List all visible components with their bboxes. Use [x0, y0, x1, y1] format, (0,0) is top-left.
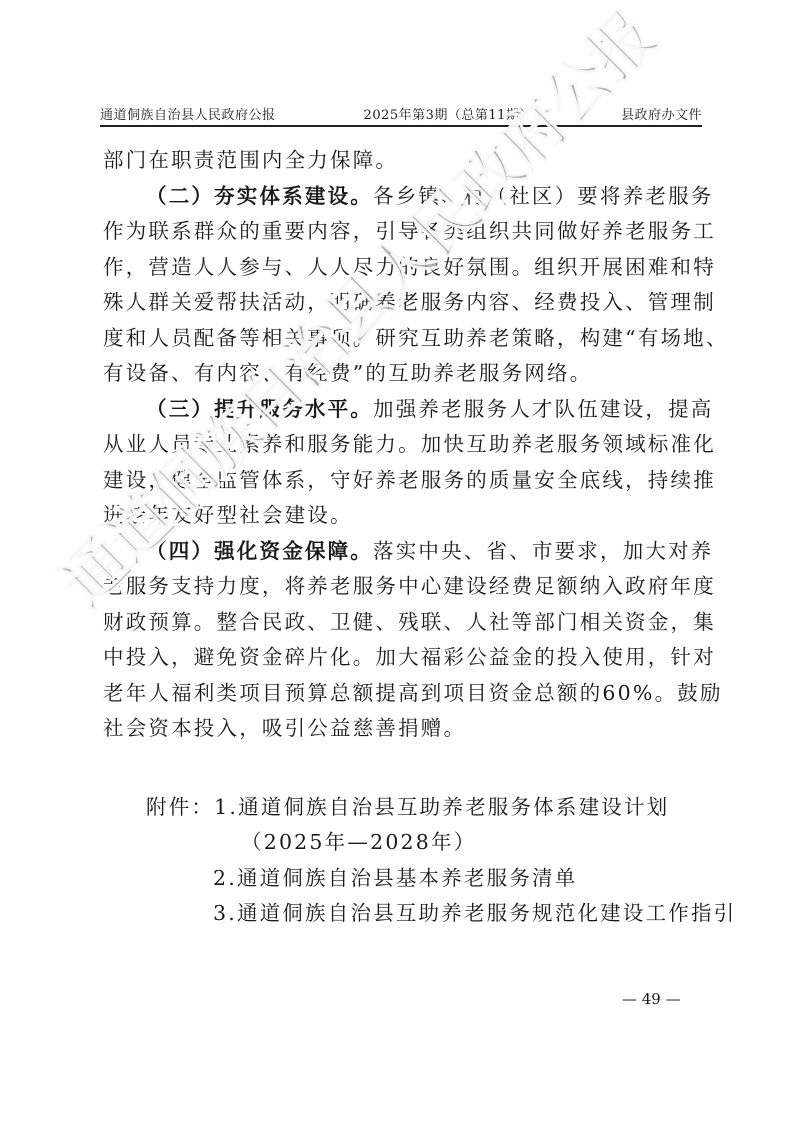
paragraph-line: 中投入，避免资金碎片化。加大福彩公益金的投入使用，针对: [103, 640, 703, 676]
page-number: — 49 —: [622, 990, 681, 1008]
paragraph-line: 作，营造人人参与、人人尽力的良好氛围。组织开展困难和特: [103, 250, 703, 286]
paragraph-line: 部门在职责范围内全力保障。: [103, 143, 703, 179]
running-header: 通道侗族自治县人民政府公报 2025年第3期（总第11期） 县政府办文件: [100, 103, 702, 123]
paragraph-text: 落实中央、省、市要求，加大对养: [373, 539, 714, 563]
paragraph-text: 各乡镇、村（社区）要将养老服务: [373, 184, 714, 208]
paragraph-line: 殊人群关爱帮扶活动，明确养老服务内容、经费投入、管理制: [103, 285, 703, 321]
attachment-item: 3.通道侗族自治县互助养老服务规范化建设工作指引: [103, 896, 703, 932]
paragraph-line: 财政预算。整合民政、卫健、残联、人社等部门相关资金，集: [103, 605, 703, 641]
header-publication: 通道侗族自治县人民政府公报: [100, 104, 276, 123]
paragraph-line: 老年人福利类项目预算总额提高到项目资金总额的60%。鼓励: [103, 676, 703, 712]
paragraph-line: 度和人员配备等相关事项。研究互助养老策略，构建“有场地、: [103, 321, 703, 357]
spacer: [103, 747, 703, 790]
section-heading-line: （四）强化资金保障。落实中央、省、市要求，加大对养: [103, 534, 703, 570]
attachment-label: 附件：: [146, 795, 214, 819]
attachment-item: 附件：1.通道侗族自治县互助养老服务体系建设计划: [103, 790, 703, 826]
section-heading: （三）提升服务水平。: [146, 397, 373, 421]
document-body: 部门在职责范围内全力保障。 （二）夯实体系建设。各乡镇、村（社区）要将养老服务 …: [103, 143, 703, 932]
attachment-item: 2.通道侗族自治县基本养老服务清单: [103, 861, 703, 897]
attachment-title: 1.通道侗族自治县互助养老服务体系建设计划: [214, 795, 669, 819]
paragraph-line: 建设，健全监管体系，守好养老服务的质量安全底线，持续推: [103, 463, 703, 499]
header-issue: 2025年第3期（总第11期）: [364, 104, 533, 123]
paragraph-line: 从业人员专业素养和服务能力。加快互助养老服务领域标准化: [103, 427, 703, 463]
attachment-item-continued: （2025年—2028年）: [103, 825, 703, 861]
section-heading-line: （三）提升服务水平。加强养老服务人才队伍建设，提高: [103, 392, 703, 428]
paragraph-text: 加强养老服务人才队伍建设，提高: [373, 397, 714, 421]
paragraph-line: 社会资本投入，吸引公益慈善捐赠。: [103, 711, 703, 747]
paragraph-line: 有设备、有内容、有经费”的互助养老服务网络。: [103, 356, 703, 392]
paragraph-line: 进老年友好型社会建设。: [103, 498, 703, 534]
section-heading: （二）夯实体系建设。: [146, 184, 373, 208]
paragraph-line: 老服务支持力度，将养老服务中心建设经费足额纳入政府年度: [103, 569, 703, 605]
section-heading-line: （二）夯实体系建设。各乡镇、村（社区）要将养老服务: [103, 179, 703, 215]
section-heading: （四）强化资金保障。: [146, 539, 373, 563]
header-rule: [100, 125, 702, 127]
paragraph-line: 作为联系群众的重要内容，引导各类组织共同做好养老服务工: [103, 214, 703, 250]
header-section: 县政府办文件: [621, 104, 702, 123]
